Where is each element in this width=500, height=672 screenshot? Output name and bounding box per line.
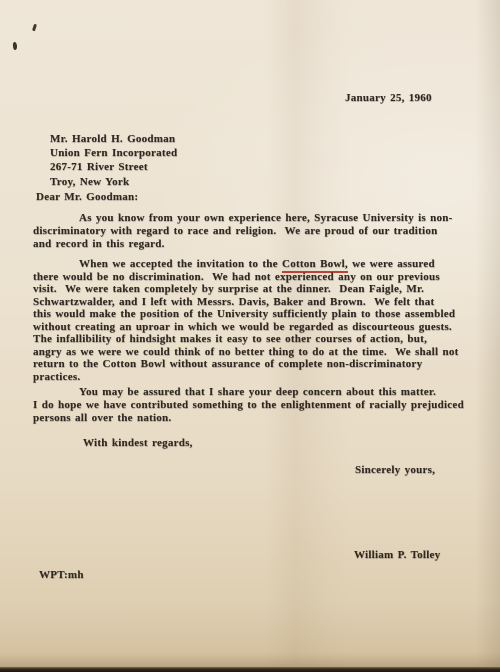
body-paragraph-1: As you know from your own experience her… (33, 212, 453, 251)
paragraph-2-text-after: we were assured there would be no discri… (33, 258, 459, 383)
salutation: Dear Mr. Goodman: (36, 191, 138, 204)
regards-line: With kindest regards, (83, 437, 193, 450)
closing-line: Sincerely yours, (355, 464, 435, 477)
ink-speck (12, 42, 17, 50)
signature-name: William P. Tolley (354, 549, 440, 562)
paragraph-2-text-before: When we accepted the invitation to the (79, 258, 282, 270)
recipient-address: Mr. Harold H. Goodman Union Fern Incorpo… (50, 132, 177, 189)
letter-photo: January 25, 1960 Mr. Harold H. Goodman U… (0, 0, 500, 672)
body-paragraph-2: When we accepted the invitation to the C… (33, 258, 459, 383)
typist-initials: WPT:mh (39, 569, 84, 582)
photo-bottom-edge (0, 667, 500, 672)
date-line: January 25, 1960 (345, 92, 432, 105)
body-paragraph-3: You may be assured that I share your dee… (33, 386, 464, 425)
paper-bottom-shadow (0, 652, 500, 668)
ink-speck (32, 24, 37, 32)
